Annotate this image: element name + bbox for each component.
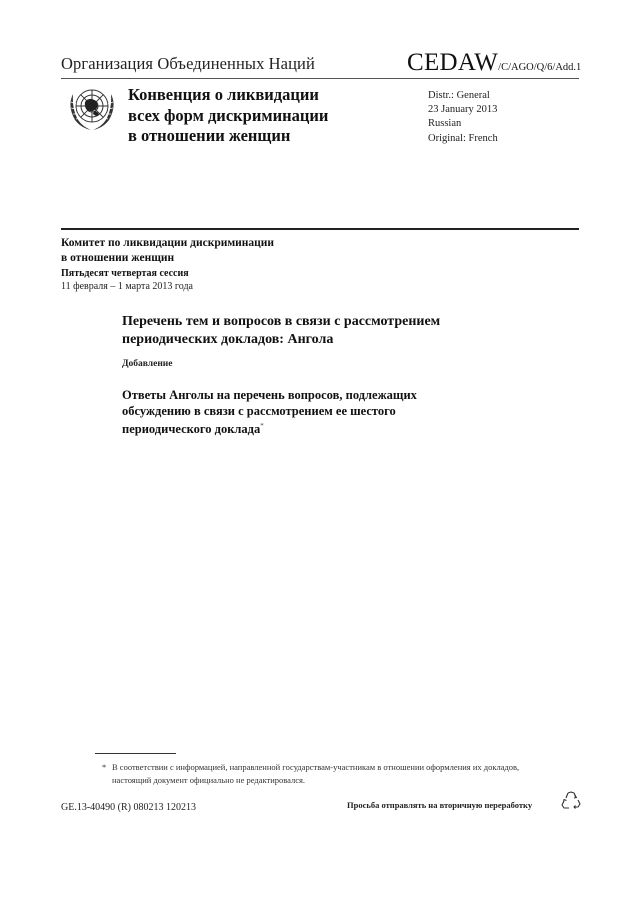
- committee-name-line: Комитет по ликвидации дискриминации: [61, 236, 274, 251]
- job-number: GE.13-40490 (R) 080213 120213: [61, 802, 196, 813]
- original-language: Original: French: [428, 132, 498, 146]
- convention-title-line: Конвенция о ликвидации: [128, 85, 328, 106]
- footnote-separator: [95, 753, 176, 754]
- session-name: Пятьдесят четвертая сессия: [61, 268, 189, 280]
- section-divider: [61, 228, 579, 230]
- recycle-notice: Просьба отправлять на вторичную перерабо…: [347, 800, 532, 810]
- distribution-block: Distr.: General 23 January 2013 Russian …: [428, 89, 498, 146]
- reply-title: Ответы Анголы на перечень вопросов, подл…: [122, 388, 417, 438]
- convention-title-line: в отношении женщин: [128, 126, 328, 147]
- un-emblem-icon: [63, 82, 121, 134]
- document-title-line: периодических докладов: Ангола: [122, 331, 440, 349]
- committee-name: Комитет по ликвидации дискриминации в от…: [61, 236, 274, 266]
- distribution-type: Distr.: General: [428, 89, 498, 103]
- reply-title-line: периодического доклада: [122, 422, 260, 436]
- reply-title-line: Ответы Анголы на перечень вопросов, подл…: [122, 388, 417, 404]
- header-rule: [61, 78, 579, 79]
- document-symbol-suffix: /C/AGO/Q/6/Add.1: [498, 62, 581, 73]
- session-dates: 11 февраля – 1 марта 2013 года: [61, 281, 193, 293]
- committee-name-line: в отношении женщин: [61, 251, 274, 266]
- convention-title: Конвенция о ликвидации всех форм дискрим…: [128, 85, 328, 147]
- convention-title-line: всех форм дискриминации: [128, 106, 328, 127]
- document-title: Перечень тем и вопросов в связи с рассмо…: [122, 313, 440, 348]
- document-symbol: CEDAW/C/AGO/Q/6/Add.1: [407, 49, 581, 77]
- footnote: * В соответствии с информацией, направле…: [112, 761, 552, 786]
- document-language: Russian: [428, 117, 498, 131]
- document-title-line: Перечень тем и вопросов в связи с рассмо…: [122, 313, 440, 331]
- organization-name: Организация Объединенных Наций: [61, 54, 315, 74]
- addendum-label: Добавление: [122, 359, 173, 369]
- footnote-marker: *: [102, 761, 106, 774]
- footnote-text: В соответствии с информацией, направленн…: [112, 762, 519, 785]
- footnote-reference[interactable]: *: [260, 422, 264, 430]
- recycle-icon: [560, 790, 582, 812]
- document-symbol-main: CEDAW: [407, 49, 498, 76]
- reply-title-line: обсуждению в связи с рассмотрением ее ше…: [122, 404, 417, 420]
- issue-date: 23 January 2013: [428, 103, 498, 117]
